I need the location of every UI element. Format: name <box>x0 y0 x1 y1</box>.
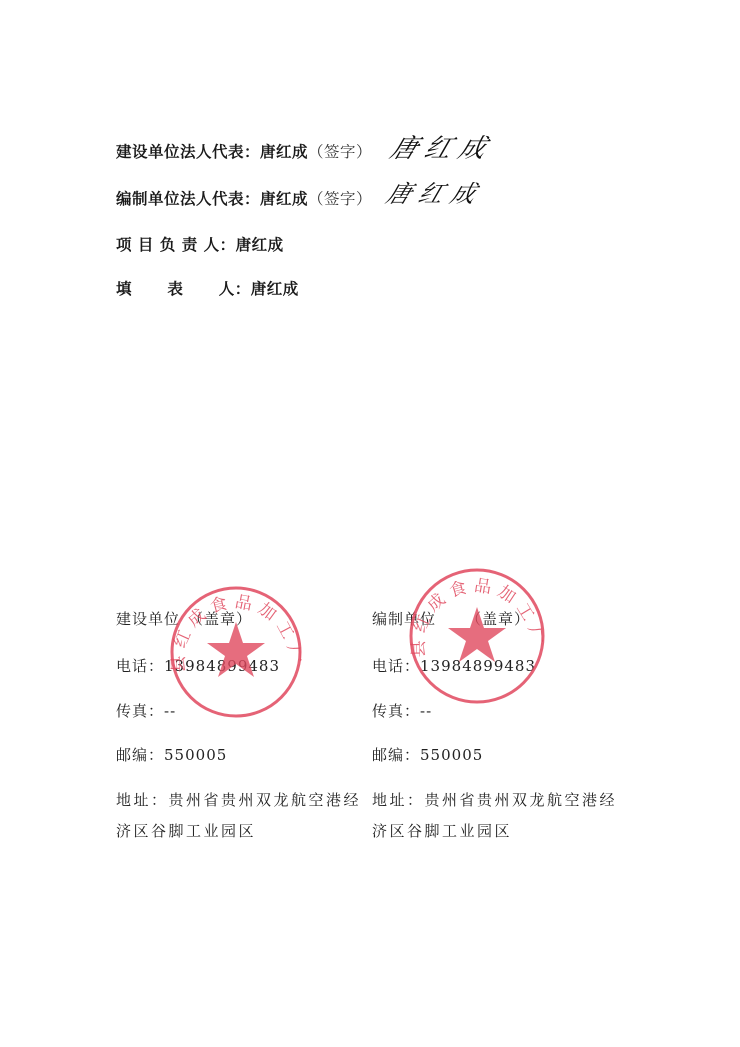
compile-rep-label: 编制单位法人代表： <box>116 190 260 208</box>
form-filler-line: 填 表 人：唐红成 <box>116 277 299 299</box>
build-unit-address-line1: 贵州省贵州双龙航空港经 <box>169 791 362 809</box>
build-unit-title: 建设单位 <box>116 610 180 628</box>
build-unit-address-line2: 济区谷脚工业园区 <box>116 820 256 841</box>
build-unit-phone-label: 电话： <box>116 657 164 675</box>
compile-unit-phone-row: 电话：13984899483 <box>372 655 536 676</box>
compile-unit-seal-note: （盖章） <box>466 610 530 628</box>
document-page: 建设单位法人代表：唐红成（签字） 唐红成 编制单位法人代表：唐红成（签字） 唐红… <box>0 0 740 1047</box>
build-unit-seal-note: （盖章） <box>188 610 252 628</box>
build-unit-title-row: 建设单位（盖章） <box>116 608 252 629</box>
project-lead-name: 唐红成 <box>236 236 284 254</box>
build-unit-zip-row: 邮编：550005 <box>116 744 227 765</box>
compile-unit-address-line1: 贵州省贵州双龙航空港经 <box>425 791 618 809</box>
project-lead-label: 项 目 负 责 人： <box>116 236 236 254</box>
compile-unit-address-label: 地址： <box>372 791 425 809</box>
build-rep-signature: 唐红成 <box>386 128 500 165</box>
build-rep-name: 唐红成 <box>260 143 308 161</box>
build-unit-fax-row: 传真：-- <box>116 700 176 721</box>
project-lead-line: 项 目 负 责 人：唐红成 <box>116 233 284 255</box>
build-unit-fax: -- <box>164 702 176 720</box>
build-unit-fax-label: 传真： <box>116 702 164 720</box>
compile-unit-address-row: 地址：贵州省贵州双龙航空港经 <box>372 789 617 810</box>
compile-unit-title: 编制单位 <box>372 610 436 628</box>
build-rep-sign-note: （签字） <box>308 143 372 161</box>
build-unit-phone: 13984899483 <box>164 657 280 675</box>
compile-unit-fax-label: 传真： <box>372 702 420 720</box>
compile-rep-name: 唐红成 <box>260 190 308 208</box>
compile-unit-fax-row: 传真：-- <box>372 700 432 721</box>
compile-unit-address-line2: 济区谷脚工业园区 <box>372 820 512 841</box>
form-filler-label: 填 表 人： <box>116 280 251 298</box>
build-rep-label: 建设单位法人代表： <box>116 143 260 161</box>
company-seal-stamp-icon: 县红成食品加工厂 <box>166 582 306 722</box>
company-seal-stamp-icon: 县红成食品加工厂 <box>406 565 548 707</box>
build-unit-legal-rep-line: 建设单位法人代表：唐红成（签字） <box>116 140 372 162</box>
build-unit-address-label: 地址： <box>116 791 169 809</box>
build-unit-zip-label: 邮编： <box>116 746 164 764</box>
compile-unit-zip-label: 邮编： <box>372 746 420 764</box>
compile-rep-sign-note: （签字） <box>308 190 372 208</box>
build-unit-zip: 550005 <box>164 746 227 764</box>
build-unit-address-row: 地址：贵州省贵州双龙航空港经 <box>116 789 361 810</box>
compile-unit-fax: -- <box>420 702 432 720</box>
compile-rep-signature: 唐红成 <box>382 174 489 209</box>
compile-unit-phone-label: 电话： <box>372 657 420 675</box>
form-filler-name: 唐红成 <box>251 280 299 298</box>
compile-unit-phone: 13984899483 <box>420 657 536 675</box>
compile-unit-zip-row: 邮编：550005 <box>372 744 483 765</box>
compile-unit-legal-rep-line: 编制单位法人代表：唐红成（签字） <box>116 187 372 209</box>
compile-unit-title-row: 编制单位（盖章） <box>372 608 530 629</box>
compile-unit-zip: 550005 <box>420 746 483 764</box>
build-unit-phone-row: 电话：13984899483 <box>116 655 280 676</box>
